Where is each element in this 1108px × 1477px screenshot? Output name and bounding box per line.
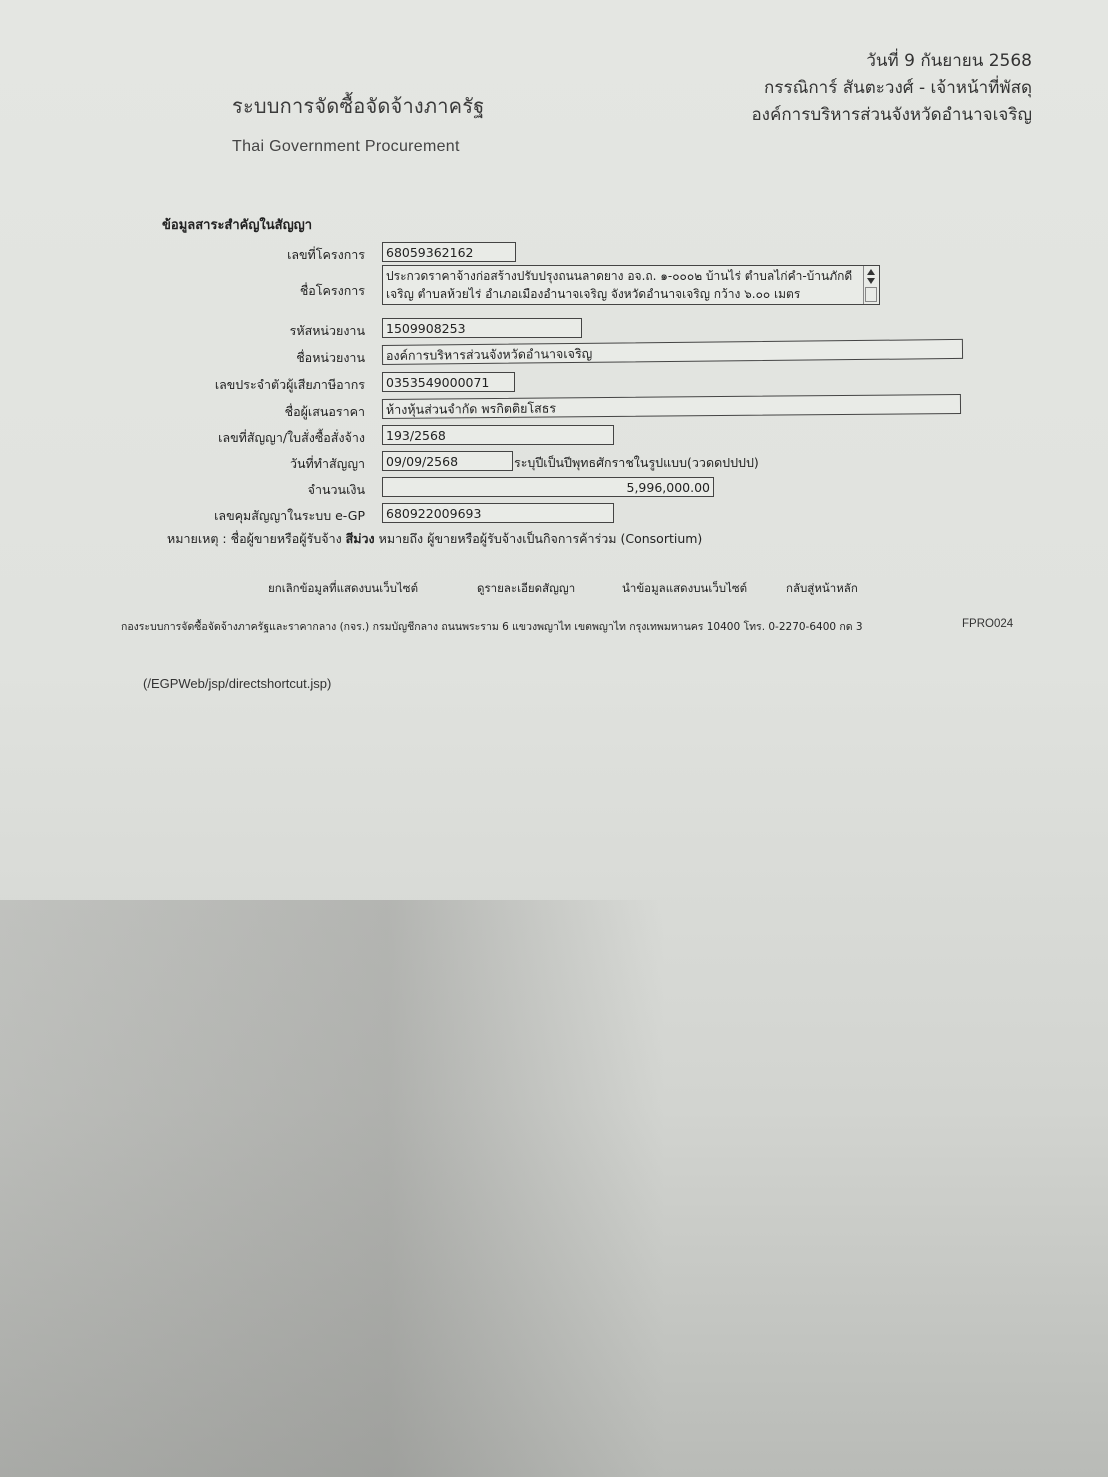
page-url: (/EGPWeb/jsp/directshortcut.jsp) <box>143 676 331 691</box>
project-name-textarea[interactable]: ประกวดราคาจ้างก่อสร้างปรับปรุงถนนลาดยาง … <box>382 265 880 305</box>
note-prefix: หมายเหตุ : ชื่อผู้ขายหรือผู้รับจ้าง <box>167 531 346 546</box>
row-agency-name: ชื่อหน่วยงาน องค์การบริหารส่วนจังหวัดอำน… <box>0 345 1108 367</box>
agency-code-label: รหัสหน่วยงาน <box>290 321 365 341</box>
egp-control-no-label: เลขคุมสัญญาในระบบ e-GP <box>214 506 365 526</box>
contract-no-field[interactable]: 193/2568 <box>382 425 614 445</box>
row-agency-code: รหัสหน่วยงาน 1509908253 <box>0 318 1108 340</box>
agency-code-field[interactable]: 1509908253 <box>382 318 582 338</box>
project-name-text: ประกวดราคาจ้างก่อสร้างปรับปรุงถนนลาดยาง … <box>386 269 852 301</box>
project-no-field[interactable]: 68059362162 <box>382 242 516 262</box>
brand: ระบบการจัดซื้อจัดจ้างภาครัฐ Thai Governm… <box>232 90 484 156</box>
amount-field[interactable]: 5,996,000.00 <box>382 477 714 497</box>
scroll-up-icon[interactable] <box>867 269 875 275</box>
scroll-thumb[interactable] <box>865 287 877 302</box>
egp-control-no-field[interactable]: 680922009693 <box>382 503 614 523</box>
note-highlight: สีม่วง <box>346 531 375 546</box>
note-suffix: หมายถึง ผู้ขายหรือผู้รับจ้างเป็นกิจการค้… <box>375 531 703 546</box>
row-project-no: เลขที่โครงการ 68059362162 <box>0 242 1108 264</box>
consortium-note: หมายเหตุ : ชื่อผู้ขายหรือผู้รับจ้าง สีม่… <box>167 529 702 549</box>
footer-text: กองระบบการจัดซื้อจัดจ้างภาครัฐและราคากลา… <box>121 618 863 635</box>
bidder-name-field[interactable]: ห้างหุ้นส่วนจำกัด พรกิตติยโสธร <box>382 394 961 419</box>
contract-date-hint: ระบุปีเป็นปีพุทธศักราชในรูปแบบ(ววดดปปปป) <box>514 453 759 473</box>
agency-name-field[interactable]: องค์การบริหารส่วนจังหวัดอำนาจเจริญ <box>382 339 963 365</box>
form-code: FPRO024 <box>962 618 1013 630</box>
brand-title-th: ระบบการจัดซื้อจัดจ้างภาครัฐ <box>232 90 484 122</box>
brand-title-en: Thai Government Procurement <box>232 138 484 156</box>
scroll-down-icon[interactable] <box>867 278 875 284</box>
print-date: วันที่ 9 กันยายน 2568 <box>751 48 1032 75</box>
row-egp-control-no: เลขคุมสัญญาในระบบ e-GP 680922009693 <box>0 503 1108 525</box>
publish-link[interactable]: นำข้อมูลแสดงบนเว็บไซต์ <box>622 580 747 598</box>
home-link[interactable]: กลับสู่หน้าหลัก <box>786 580 858 598</box>
row-bidder-name: ชื่อผู้เสนอราคา ห้างหุ้นส่วนจำกัด พรกิตต… <box>0 399 1108 421</box>
project-no-label: เลขที่โครงการ <box>287 245 365 265</box>
section-title: ข้อมูลสาระสำคัญในสัญญา <box>162 214 312 235</box>
row-contract-date: วันที่ทำสัญญา 09/09/2568 ระบุปีเป็นปีพุท… <box>0 451 1108 473</box>
project-name-scrollbar[interactable] <box>863 266 879 304</box>
row-amount: จำนวนเงิน 5,996,000.00 <box>0 477 1108 499</box>
print-organization: องค์การบริหารส่วนจังหวัดอำนาจเจริญ <box>751 102 1032 129</box>
contract-no-label: เลขที่สัญญา/ใบสั่งซื้อสั่งจ้าง <box>218 428 365 448</box>
print-header: วันที่ 9 กันยายน 2568 กรรณิการ์ สันตะวงศ… <box>751 48 1032 129</box>
amount-label: จำนวนเงิน <box>308 480 365 500</box>
row-contract-no: เลขที่สัญญา/ใบสั่งซื้อสั่งจ้าง 193/2568 <box>0 425 1108 447</box>
tax-id-label: เลขประจำตัวผู้เสียภาษีอากร <box>215 375 365 395</box>
view-contract-link[interactable]: ดูรายละเอียดสัญญา <box>477 580 575 598</box>
contract-date-label: วันที่ทำสัญญา <box>290 454 365 474</box>
cancel-display-link[interactable]: ยกเลิกข้อมูลที่แสดงบนเว็บไซต์ <box>268 580 418 598</box>
row-project-name: ชื่อโครงการ ประกวดราคาจ้างก่อสร้างปรับปร… <box>0 265 1108 305</box>
project-name-label: ชื่อโครงการ <box>300 281 365 301</box>
paper-shadow <box>0 900 1108 1477</box>
contract-date-field[interactable]: 09/09/2568 <box>382 451 513 471</box>
agency-name-label: ชื่อหน่วยงาน <box>296 348 365 368</box>
bidder-name-label: ชื่อผู้เสนอราคา <box>285 402 365 422</box>
tax-id-field[interactable]: 0353549000071 <box>382 372 515 392</box>
row-tax-id: เลขประจำตัวผู้เสียภาษีอากร 0353549000071 <box>0 372 1108 394</box>
print-user: กรรณิการ์ สันตะวงศ์ - เจ้าหน้าที่พัสดุ <box>751 75 1032 102</box>
